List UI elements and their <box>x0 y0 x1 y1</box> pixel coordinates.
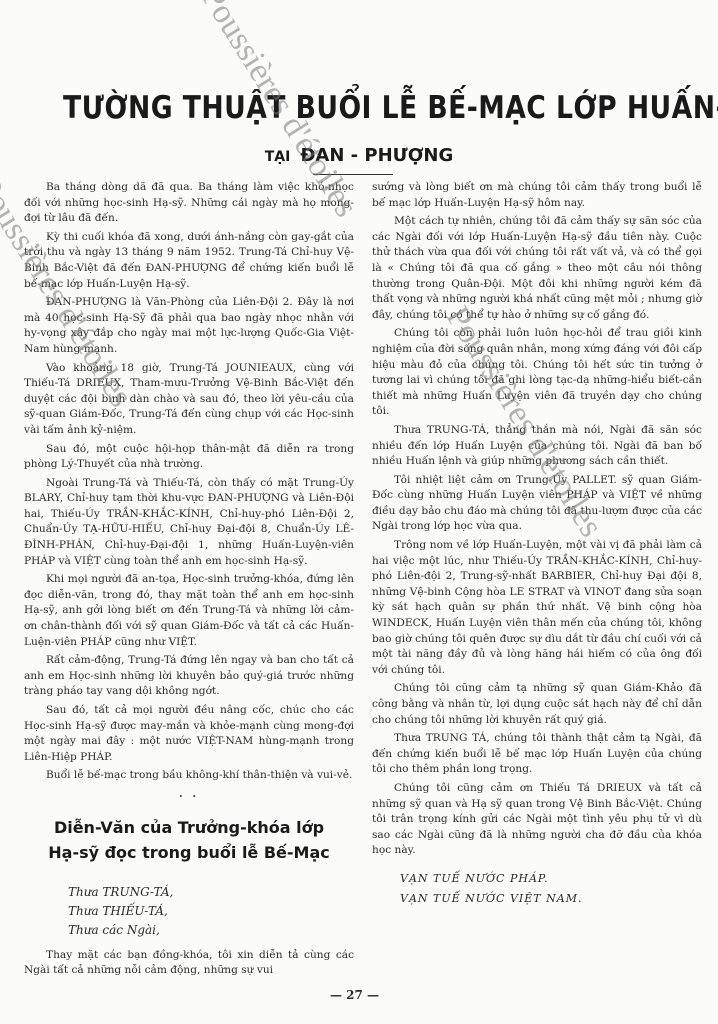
salutation: Thưa các Ngài, <box>68 921 354 940</box>
paragraph: Thưa TRUNG-TÁ, thẳng thắn mà nói, Ngài đ… <box>372 423 702 470</box>
article-subtitle: TẠIĐAN - PHƯỢNG <box>0 145 718 166</box>
closing-line: VẠN TUẾ NƯỚC PHÁP. <box>400 869 702 889</box>
paragraph: Chúng tôi cũng cảm tạ những sỹ quan Giám… <box>372 681 702 728</box>
left-column: Ba tháng dòng dã đã qua. Ba tháng làm vi… <box>24 180 354 982</box>
paragraph: Một cách tự nhiên, chúng tôi đã cảm thấy… <box>372 214 702 323</box>
paragraph: Ba tháng dòng dã đã qua. Ba tháng làm vi… <box>24 180 354 227</box>
closing-cheers: VẠN TUẾ NƯỚC PHÁP. VẠN TUẾ NƯỚC VIỆT NAM… <box>400 869 702 909</box>
closing-line: VẠN TUẾ NƯỚC VIỆT NAM. <box>400 889 702 909</box>
speech-heading-line: Diễn-Văn của Trưởng-khóa lớp <box>24 815 354 840</box>
title-rule <box>313 174 393 175</box>
speech-heading-line: Hạ-sỹ đọc trong buổi lễ Bế-Mạc <box>24 840 354 865</box>
subtitle-place: ĐAN - PHƯỢNG <box>300 145 453 166</box>
paragraph: Khi mọi người đã an-tọa, Học-sinh trưởng… <box>24 572 354 650</box>
paragraph: sướng và lòng biết ơn mà chúng tôi cảm t… <box>372 180 702 211</box>
paragraph: Chúng tôi còn phải luôn luôn học-hỏi để … <box>372 326 702 420</box>
paragraph: Sau đó, tất cả mọi người đều nâng cốc, c… <box>24 703 354 765</box>
paragraph: ĐAN-PHƯỢNG là Văn-Phòng của Liên-Đội 2. … <box>24 295 354 357</box>
paragraph: Trông nom về lớp Huấn-Luyện, một vài vị … <box>372 538 702 678</box>
paragraph: Chúng tôi cũng cảm ơn Thiếu Tá DRIEUX và… <box>372 781 702 859</box>
salutation: Thưa THIẾU-TÁ, <box>68 902 354 921</box>
paragraph: Thưa TRUNG TÁ, chúng tôi thành thật cảm … <box>372 731 702 778</box>
document-page: TƯỜNG THUẬT BUỔI LỄ BẾ-MẠC LỚP HUẤN-LUYỆ… <box>0 0 718 1024</box>
paragraph: Tôi nhiệt liệt cảm ơn Trung-Úy PALLET. s… <box>372 473 702 535</box>
right-column: sướng và lòng biết ơn mà chúng tôi cảm t… <box>372 180 702 909</box>
subtitle-prefix: TẠI <box>265 149 291 165</box>
paragraph: Vào khoảng 18 giờ, Trung-Tá JOUNIEAUX, c… <box>24 361 354 439</box>
paragraph: Kỳ thi cuối khóa đã xong, dưới ánh-nắng … <box>24 230 354 292</box>
paragraph: Ngoài Trung-Tá và Thiếu-Tá, còn thấy có … <box>24 476 354 570</box>
paragraph: Thay mặt các bạn đồng-khóa, tôi xin diễn… <box>24 948 354 979</box>
salutation: Thưa TRUNG-TÁ, <box>68 883 354 902</box>
speech-heading: Diễn-Văn của Trưởng-khóa lớp Hạ-sỹ đọc t… <box>24 815 354 865</box>
paragraph: Sau đó, một cuộc hội-họp thân-mật đã diễ… <box>24 442 354 473</box>
paragraph: Rất cảm-động, Trung-Tá đứng lên ngay và … <box>24 653 354 700</box>
salutations: Thưa TRUNG-TÁ, Thưa THIẾU-TÁ, Thưa các N… <box>68 883 354 940</box>
page-number: — 27 — <box>330 988 379 1002</box>
section-separator: . . <box>24 787 354 803</box>
paragraph: Buổi lễ bế-mạc trong bầu không-khí thân-… <box>24 768 354 784</box>
article-title: TƯỜNG THUẬT BUỔI LỄ BẾ-MẠC LỚP HUẤN-LUYỆ… <box>63 90 665 126</box>
